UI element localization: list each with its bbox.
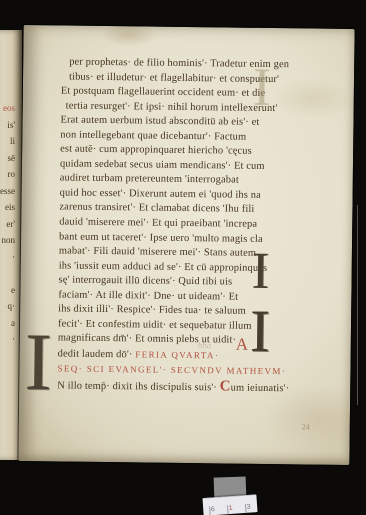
- facing-fragment: non: [0, 232, 15, 249]
- facing-fragment: li: [0, 133, 15, 150]
- facing-fragment: q·: [0, 298, 15, 315]
- folio-number: 24: [302, 422, 310, 431]
- text-segment: um ieiunatis'·: [231, 383, 290, 395]
- text-segment: dauid 'miserere mei'· Et qui praeibant '…: [59, 216, 257, 229]
- dark-initial-i-right-lower: I: [250, 301, 271, 361]
- dark-initial-i-right-upper: I: [251, 246, 269, 298]
- text-segment: zarenus transiret'· Et clamabat dicens '…: [59, 202, 254, 215]
- text-segment: tertia resurget'· Et ipsi· nihil horum i…: [66, 100, 278, 114]
- facing-page-text-fragments: eosis'lisēroesseeiser'non· eq·a·: [0, 100, 15, 348]
- facing-fragment: esse: [0, 183, 15, 200]
- text-segment: Erat autem uerbum istud absconditū ab ei…: [60, 115, 259, 128]
- text-block: per prophetas· de filio hominis'· Tradet…: [57, 55, 317, 397]
- scale-label: 613: [202, 494, 257, 515]
- facing-fragment: ·: [0, 331, 15, 348]
- scale-mark: 1: [227, 505, 235, 514]
- red-letter-a-margin: A: [236, 336, 248, 353]
- faint-initial-i-right: I: [253, 60, 272, 114]
- facing-fragment: eos: [0, 100, 15, 117]
- text-segment: est autē· cum appropinquaret hiericho 'c…: [60, 144, 252, 157]
- facing-fragment: a: [0, 315, 15, 332]
- text-segment: dedit laudem dō'·: [58, 348, 136, 360]
- text-segment: ihs dixit illi'· Respice'· Fides tua· te…: [58, 304, 246, 317]
- large-initial-i-left: I: [24, 321, 52, 403]
- text-segment: bant eum ut taceret'· Ipse uero 'multo m…: [59, 231, 263, 244]
- scale-mark: 3: [245, 504, 253, 513]
- manuscript-photo: eosis'lisēroesseeiser'non· eq·a· per pro…: [0, 0, 366, 515]
- text-segment: FERIA QVARTA·: [135, 349, 219, 360]
- text-segment: Et postquam flagellauerint occident eum·…: [61, 86, 266, 99]
- ink-offset-ghost-text: hba: [198, 340, 212, 350]
- text-segment: N illo temp̄· dixit ihs discipulis suis'…: [57, 380, 220, 393]
- text-segment: sę' interrogauit illū dicens'· Quid tibi…: [58, 275, 232, 288]
- facing-fragment: is': [0, 117, 15, 134]
- facing-fragment: e: [0, 282, 15, 299]
- facing-fragment: eis: [0, 199, 15, 216]
- text-segment: quidam sedebat secus uiam mendicans'· Et…: [60, 158, 265, 171]
- text-segment: faciam'· At ille dixit'· Dne· ut uideam'…: [58, 289, 238, 302]
- facing-fragment: er': [0, 216, 15, 233]
- text-segment: fecit'· Et confestim uidit· et sequebatu…: [58, 318, 252, 331]
- text-segment: SEQ· SCI EVANGEL'· SECVNDV MATHEVM·: [57, 364, 286, 377]
- facing-fragment: [0, 265, 15, 282]
- text-line: N illo temp̄· dixit ihs discipulis suis'…: [57, 377, 313, 397]
- text-segment: mabat'· Fili dauid 'miserere mei'· Stans…: [59, 246, 256, 259]
- text-segment: non intellegebant quae dicebantur'· Fact…: [60, 129, 246, 142]
- text-segment: quid hoc esset'· Dixerunt autem ei 'quod…: [60, 187, 261, 200]
- scale-mark: 6: [209, 506, 217, 515]
- facing-fragment: ro: [0, 166, 15, 183]
- manuscript-page: per prophetas· de filio hominis'· Tradet…: [18, 25, 354, 465]
- text-segment: tibus· et illudetur· et flagellabitur· e…: [69, 71, 279, 85]
- facing-fragment: sē: [0, 150, 15, 167]
- facing-fragment: ·: [0, 249, 15, 266]
- text-segment: audiret turbam pretereuntem 'interrogaba…: [60, 173, 239, 186]
- text-segment: C: [220, 378, 231, 394]
- text-segment: ihs 'iussit eum adduci ad se'· Et cū app…: [59, 260, 268, 274]
- book-edge-highlight: [357, 205, 358, 405]
